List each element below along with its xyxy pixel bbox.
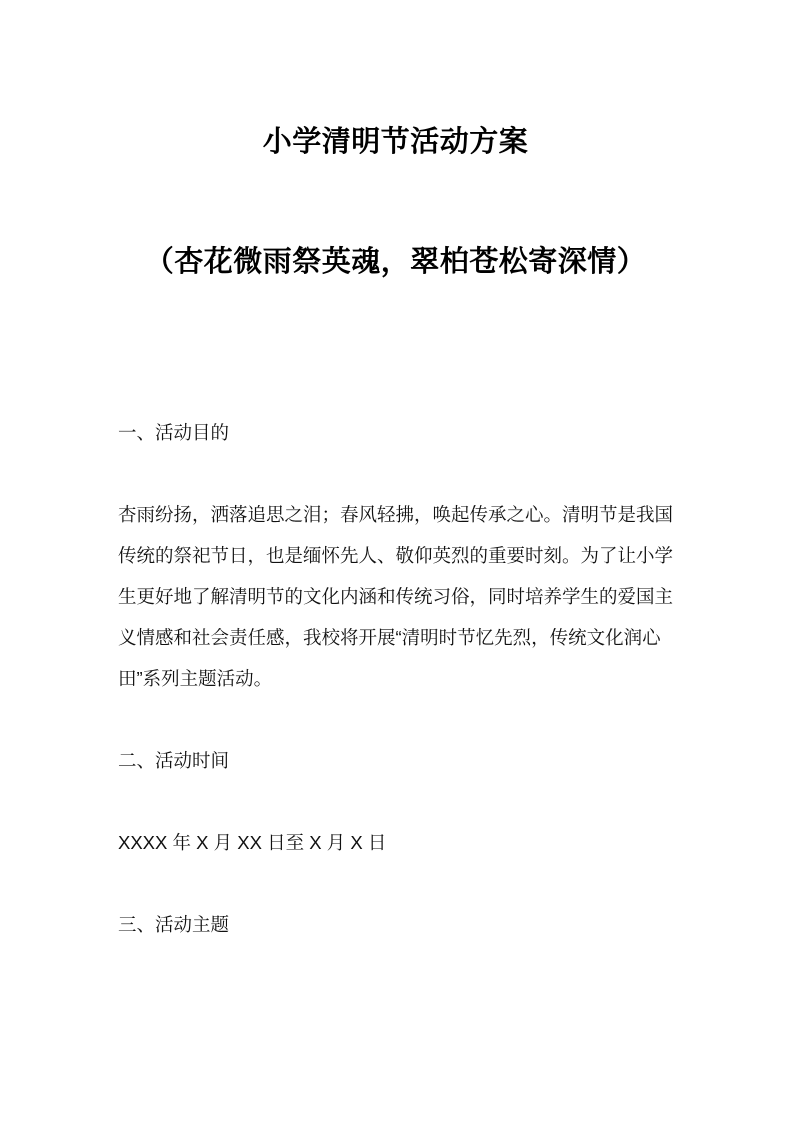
document-subtitle: （杏花微雨祭英魂，翠柏苍松寄深情）: [118, 242, 673, 283]
section-paragraph-purpose: 杏雨纷扬，洒落追思之泪；春风轻拂，唤起传承之心。清明节是我国传统的祭祀节日，也是…: [118, 494, 673, 699]
document-title: 小学清明节活动方案: [118, 0, 673, 163]
section-heading-time: 二、活动时间: [118, 740, 673, 781]
document-body: 一、活动目的 杏雨纷扬，洒落追思之泪；春风轻拂，唤起传承之心。清明节是我国传统的…: [118, 412, 673, 945]
section-heading-theme: 三、活动主题: [118, 904, 673, 945]
document-page: 小学清明节活动方案 （杏花微雨祭英魂，翠柏苍松寄深情） 一、活动目的 杏雨纷扬，…: [0, 0, 793, 1122]
section-paragraph-time: XXXX 年 X 月 XX 日至 X 月 X 日: [118, 822, 673, 863]
section-heading-purpose: 一、活动目的: [118, 412, 673, 453]
